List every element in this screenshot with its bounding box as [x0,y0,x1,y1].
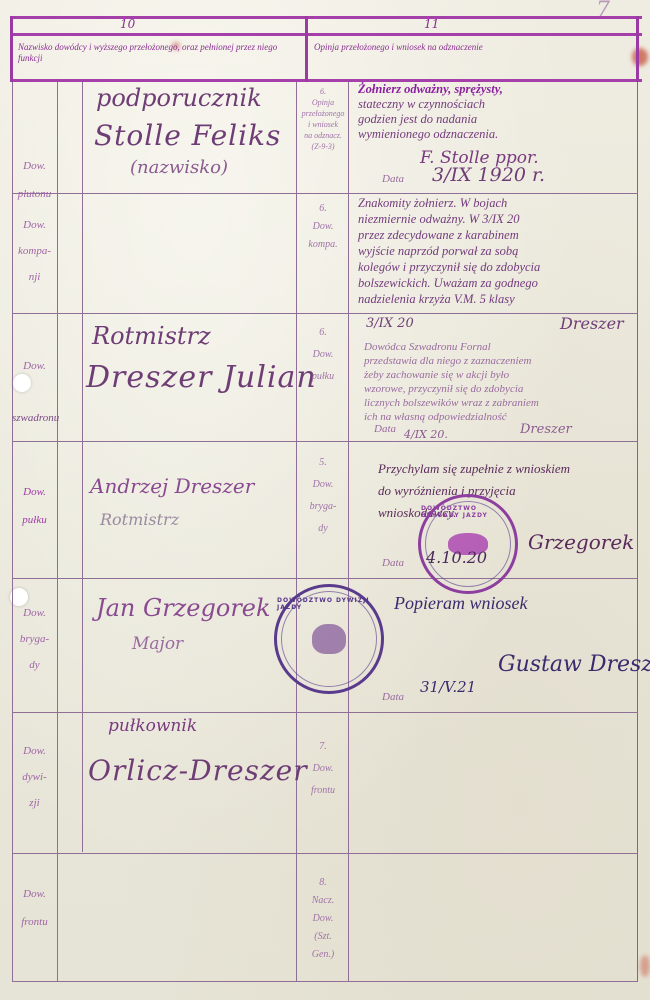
header-mid-line [10,33,642,36]
row-line-5 [12,712,638,713]
column-number-11: 11 [424,17,439,31]
row-label-5: Dow. bryga- dy [12,600,57,678]
signature-3: Dreszer [520,422,572,437]
row-label-1: Dow. plutonu [12,152,57,208]
date-5: 31/V.21 [420,678,476,696]
sub-label-4: 5. Dow. bryga- dy [300,452,346,540]
commander-name-5: Jan Grzegorek [96,594,271,622]
ink-stain [640,955,650,977]
commander-rank-1: podporucznik [96,84,262,112]
grid-vline-right [637,82,638,982]
commander-name-4: Andrzej Dreszer [90,474,254,498]
grid-vline-gutter [82,82,83,852]
division-stamp: DOWÓDZTWO DYWIZJI JAZDY [274,584,384,694]
commander-name-6: Orlicz-Dreszer [88,754,308,787]
brigade-stamp: DOWÓDZTWO BRYGADY JAZDY [418,494,518,594]
commander-extra-5: Major [132,634,183,654]
sub-label-7: 8. Nacz. Dow. (Szt. Gen.) [300,874,346,964]
date-label-1: Data [382,172,404,186]
stamp-text: DOWÓDZTWO DYWIZJI JAZDY [277,597,381,611]
date-1: 3/IX 1920 r. [432,164,545,186]
commander-name-3: Dreszer Julian [86,360,317,395]
opinion-5: Popieram wniosek [394,596,527,611]
opinion-1: Żołnierz odważny, sprężysty, stateczny w… [358,82,633,142]
commander-name-1: Stolle Feliks [94,119,281,152]
date-label-4: Data [382,556,404,570]
sub-label-6: 7. Dow. frontu [300,736,346,802]
header-divider [305,16,308,82]
column-label-11: Opinja przełożonego i wniosek na odznacz… [314,42,632,53]
ink-stain [632,48,648,66]
row-line-bottom [12,981,638,982]
column-label-10: Nazwisko dowódcy i wyższego przełożonego… [18,42,300,64]
opinion-2: Znakomity żołnierz. W bojach niezmiernie… [358,195,636,307]
row-line-6 [12,853,638,854]
stamp-text: DOWÓDZTWO BRYGADY JAZDY [421,505,515,519]
date-3: 4/IX 20. [404,428,448,441]
commander-extra-1: (nazwisko) [130,157,228,178]
row-label-7: Dow. frontu [12,880,57,936]
row-line-4 [12,578,638,579]
grid-vline-label [57,82,58,982]
date-label-5: Data [382,690,404,704]
page-mark: 7 [596,0,610,23]
column-number-10: 10 [120,17,135,31]
row-line-3 [12,441,638,442]
row-label-6: Dow. dywi- zji [12,738,57,816]
row-label-3: Dow. szwadronu [12,340,57,444]
sub-label-3: 6. Dow. pułku [300,322,346,388]
left-border [10,16,13,82]
date-4: 4.10.20 [426,548,487,567]
sub-label-1: 6. Opinja przełożonego i wniosek na odzn… [300,86,346,152]
row-line-2 [12,313,638,314]
opinion-3: Dowódca Szwadronu Fornal przedstawia dla… [364,340,636,424]
row-line-1 [12,193,638,194]
commander-rank-6: pułkownik [108,716,197,736]
date-2: 3/IX 20 [366,316,414,331]
right-border [636,16,639,82]
signature-4: Grzegorek [528,530,634,554]
grid-vline-sublabel [348,82,349,982]
grid-vline-name-right [296,82,297,982]
signature-2: Dreszer [560,314,624,333]
signature-5: Gustaw Dreszer [498,652,650,677]
row-label-4: Dow. pułku [12,478,57,534]
date-label-3: Data [374,422,396,436]
header-top-line [10,16,642,19]
document-page: 7 10 11 Nazwisko dowódcy i wyższego prze… [0,0,650,1000]
sub-label-2: 6. Dow. kompa. [300,200,346,254]
commander-extra-4: Rotmistrz [100,510,179,529]
row-label-2: Dow. kompa- nji [12,212,57,290]
commander-rank-3: Rotmistrz [92,322,211,350]
